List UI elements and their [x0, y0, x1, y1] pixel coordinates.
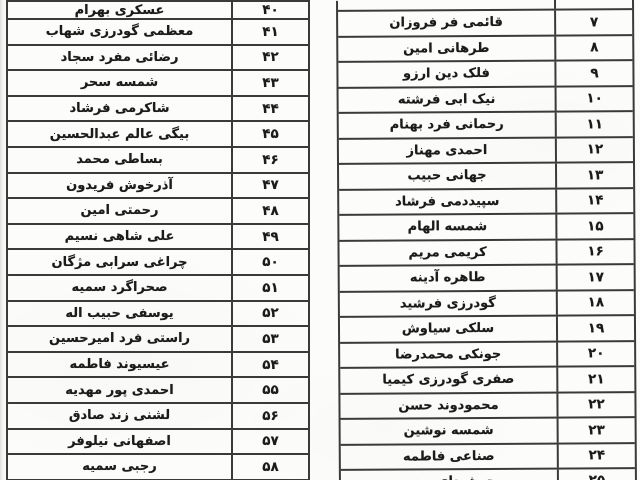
person-name: گودرزی فرشید — [340, 291, 556, 316]
table-row: صحراگرد سمیه۵۱ — [8, 276, 308, 302]
table-row: رضائی مفرد سجاد۴۲ — [8, 46, 308, 72]
person-name: فلک دین ارزو — [338, 62, 554, 87]
row-number: ۱۹ — [556, 316, 634, 340]
row-number: ۲۳ — [557, 418, 635, 442]
person-name: عیسیوند فاطمه — [8, 353, 231, 377]
person-name: احمدی مهناز — [339, 138, 555, 163]
person-name: معظمی گودرزی شهاب — [8, 20, 231, 44]
person-name: طرهانی امین — [338, 36, 554, 61]
row-number: ۴۹ — [231, 225, 308, 249]
person-name: رحمانی فرد بهنام — [339, 113, 555, 138]
row-number: ۵۱ — [231, 276, 308, 300]
row-number: ۹ — [554, 61, 632, 85]
person-name: طاهره آدینه — [340, 266, 556, 291]
person-name: آذرخوش فریدون — [8, 174, 231, 198]
roster-table-right-rows: قائمی فر فروزان۷طرهانی امین۸فلک دین ارزو… — [338, 10, 635, 471]
table-row: کریمی مریم۱۶ — [339, 240, 633, 267]
row-number: ۲۴ — [557, 444, 635, 468]
person-name: شمسه نوشین — [341, 419, 557, 444]
person-name: جهانی حبیب — [339, 164, 555, 189]
table-row: جهانی حبیب۱۳ — [339, 163, 633, 190]
person-name: صناعی فاطمه — [341, 444, 557, 469]
table-row: نیک ابی فرشته۱۰ — [339, 87, 633, 114]
table-row: عیسیوند فاطمه۵۴ — [8, 353, 308, 379]
table-row: بیگی عالم عبدالحسین۴۵ — [8, 122, 308, 148]
person-name: بساطی محمد — [8, 148, 231, 172]
table-row: رحمتی امین۴۸ — [8, 199, 308, 225]
table-row: عسکری بهرام۴۰ — [8, 2, 308, 20]
table-row: طرهانی امین۸ — [338, 36, 632, 63]
person-name: شمسه سحر — [8, 71, 231, 95]
row-number: ۴۱ — [231, 20, 308, 44]
table-row: اصفهانی نیلوفر۵۷ — [8, 430, 308, 456]
row-number: ۴۴ — [231, 97, 308, 121]
table-row: رجبی سمیه۵۸ — [8, 455, 308, 480]
row-number: ۵۲ — [231, 302, 308, 326]
roster-table-left: عسکری بهرام۴۰معظمی گودرزی شهاب۴۱رضائی مف… — [6, 0, 310, 480]
row-number: ۲۰ — [556, 342, 634, 366]
table-row: صناعی فاطمه۲۴ — [341, 444, 635, 471]
table-row: قائمی فر فروزان۷ — [338, 10, 632, 37]
person-name: یوسفی حبیب اله — [8, 302, 231, 326]
person-name: نیک ابی فرشته — [339, 87, 555, 112]
person-name: احمدی پور مهدیه — [8, 378, 231, 402]
person-name: رجبی سمیه — [8, 455, 231, 479]
person-name: صفری گودرزی کیمیا — [340, 368, 556, 393]
row-number: ۷ — [554, 10, 632, 34]
person-name: قائمی فر فروزان — [338, 11, 554, 36]
row-number: ۲۱ — [556, 367, 634, 391]
table-row: سلکی سیاوش۱۹ — [340, 316, 634, 343]
table-row: لشنی زند صادق۵۶ — [8, 404, 308, 430]
table-row: معظمی گودرزی شهاب۴۱ — [8, 20, 308, 46]
scan-edge-shadow — [0, 0, 6, 480]
row-number: ۱۶ — [555, 240, 633, 264]
row-number: ۲۵ — [557, 469, 635, 480]
row-number: ۱۸ — [556, 291, 634, 315]
table-row: علی شاهی نسیم۴۹ — [8, 225, 308, 251]
row-number: ۱۷ — [556, 265, 634, 289]
person-name: محمودوند حسن — [340, 393, 556, 418]
row-number — [554, 0, 632, 9]
row-number: ۴۸ — [231, 199, 308, 223]
table-row: جونکی محمدرضا۲۰ — [340, 342, 634, 369]
person-name: سپیددمی فرشاد — [339, 189, 555, 214]
row-number: ۱۵ — [555, 214, 633, 238]
table-row: چراغی سرابی مژگان۵۰ — [8, 250, 308, 276]
table-row: شمسه سحر۴۳ — [8, 71, 308, 97]
row-number: ۸ — [554, 36, 632, 60]
person-name: کریمی مریم — [339, 240, 555, 265]
row-number: ۴۰ — [231, 2, 308, 18]
person-name: بیگی عالم عبدالحسین — [8, 122, 231, 146]
table-row: صفری گودرزی کیمیا۲۱ — [340, 367, 634, 394]
table-row-partial-bottom: جوشیدای وحید ۲۵ — [341, 469, 635, 480]
table-row: بساطی محمد۴۶ — [8, 148, 308, 174]
person-name: علی شاهی نسیم — [8, 225, 231, 249]
row-number: ۵۰ — [231, 250, 308, 274]
row-number: ۵۳ — [231, 327, 308, 351]
table-row: شمسه الهام۱۵ — [339, 214, 633, 241]
person-name — [338, 0, 554, 10]
table-row: رحمانی فرد بهنام۱۱ — [339, 112, 633, 139]
row-number: ۵۶ — [231, 404, 308, 428]
table-row: راستی فرد امیرحسین۵۳ — [8, 327, 308, 353]
person-name: لشنی زند صادق — [8, 404, 231, 428]
person-name: چراغی سرابی مژگان — [8, 250, 231, 274]
roster-table-right: قائمی فر فروزان۷طرهانی امین۸فلک دین ارزو… — [336, 0, 637, 480]
person-name: اصفهانی نیلوفر — [8, 430, 231, 454]
person-name: شمسه الهام — [339, 215, 555, 240]
row-number: ۲۲ — [556, 393, 634, 417]
row-number: ۱۱ — [555, 112, 633, 136]
person-name: شاکرمی فرشاد — [8, 97, 231, 121]
person-name: جونکی محمدرضا — [340, 342, 556, 367]
table-row: شمسه نوشین۲۳ — [341, 418, 635, 445]
table-row: احمدی مهناز۱۲ — [339, 138, 633, 165]
row-number: ۵۵ — [231, 378, 308, 402]
row-number: ۴۳ — [231, 71, 308, 95]
row-number: ۴۵ — [231, 122, 308, 146]
table-row: گودرزی فرشید۱۸ — [340, 291, 634, 318]
row-number: ۵۸ — [231, 455, 308, 479]
row-number: ۴۶ — [231, 148, 308, 172]
table-row: شاکرمی فرشاد۴۴ — [8, 97, 308, 123]
table-row: سپیددمی فرشاد۱۴ — [339, 189, 633, 216]
roster-table-left-rows: عسکری بهرام۴۰معظمی گودرزی شهاب۴۱رضائی مف… — [8, 2, 308, 480]
row-number: ۵۷ — [231, 430, 308, 454]
table-row: احمدی پور مهدیه۵۵ — [8, 378, 308, 404]
person-name: رضائی مفرد سجاد — [8, 46, 231, 70]
row-number: ۱۳ — [555, 163, 633, 187]
row-number: ۱۰ — [555, 87, 633, 111]
row-number: ۱۲ — [555, 138, 633, 162]
row-number: ۵۴ — [231, 353, 308, 377]
scanned-document-page: عسکری بهرام۴۰معظمی گودرزی شهاب۴۱رضائی مف… — [0, 0, 640, 480]
table-row: یوسفی حبیب اله۵۲ — [8, 302, 308, 328]
person-name: عسکری بهرام — [8, 2, 231, 18]
person-name: سلکی سیاوش — [340, 317, 556, 342]
person-name: رحمتی امین — [8, 199, 231, 223]
row-number: ۴۲ — [231, 46, 308, 70]
table-row: طاهره آدینه۱۷ — [340, 265, 634, 292]
table-row: آذرخوش فریدون۴۷ — [8, 174, 308, 200]
row-number: ۱۴ — [555, 189, 633, 213]
person-name: جوشیدای وحید — [341, 470, 557, 480]
person-name: راستی فرد امیرحسین — [8, 327, 231, 351]
table-row: محمودوند حسن۲۲ — [340, 393, 634, 420]
person-name: صحراگرد سمیه — [8, 276, 231, 300]
row-number: ۴۷ — [231, 174, 308, 198]
table-row: فلک دین ارزو۹ — [338, 61, 632, 88]
